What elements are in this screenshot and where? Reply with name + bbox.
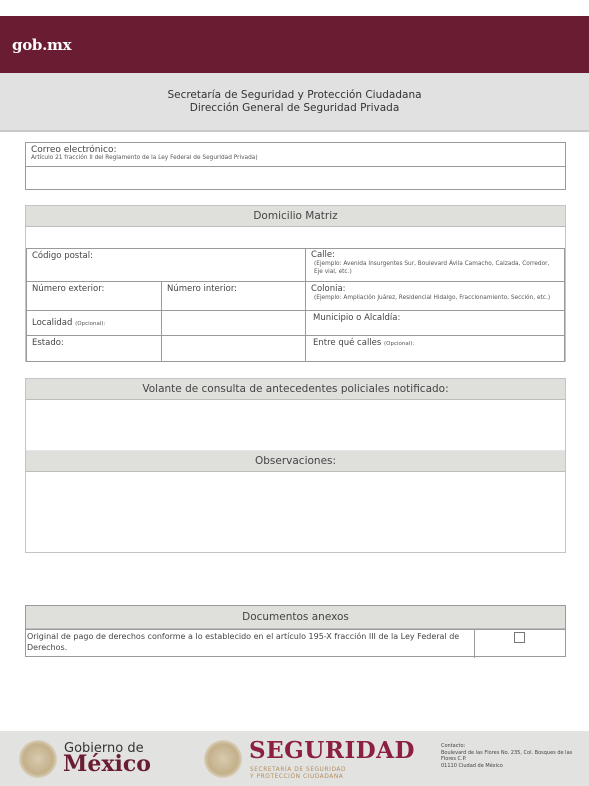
volante-field[interactable] (26, 400, 565, 450)
email-field[interactable] (26, 167, 565, 189)
volante-title: Volante de consulta de antecedentes poli… (26, 379, 565, 400)
seguridad-text: SEGURIDAD (249, 737, 415, 764)
form-content: Correo electrónico: Artículo 21 fracción… (0, 133, 589, 723)
colonia-label: Colonia: (311, 284, 346, 294)
footer: Gobierno de México SEGURIDAD SECRETARÍA … (0, 731, 589, 786)
documento-item-checkbox[interactable] (514, 632, 525, 643)
localidad-label-cell: Localidad (Opcional): (27, 311, 162, 336)
localidad-label: Localidad (32, 318, 72, 328)
colonia-field[interactable]: Colonia: (Ejemplo: Ampliación Juárez, Re… (306, 282, 565, 311)
contact-info: Contacto: Boulevard de las Flores No. 23… (441, 743, 581, 769)
domicilio-section: Domicilio Matriz Código postal: Calle: (… (25, 205, 566, 362)
volante-observaciones-section: Volante de consulta de antecedentes poli… (25, 378, 566, 553)
documento-item-check-cell (474, 630, 565, 658)
entre-calles-field[interactable]: Entre qué calles (Opcional): (306, 336, 565, 362)
localidad-field[interactable] (162, 311, 306, 336)
codigo-postal-label: Código postal: (32, 251, 93, 261)
top-spacer (0, 0, 589, 16)
seguridad-subtitle-line1: SECRETARÍA DE SEGURIDAD (250, 767, 346, 774)
email-note: Artículo 21 fracción II del Reglamento d… (26, 155, 565, 167)
domicilio-spacer (26, 227, 565, 248)
calle-example: (Ejemplo: Avenida Insurgentes Sur, Boule… (311, 260, 559, 276)
documentos-table: Original de pago de derechos conforme a … (26, 629, 565, 658)
email-section: Correo electrónico: Artículo 21 fracción… (25, 142, 566, 190)
numero-interior-field[interactable]: Número interior: (162, 282, 306, 311)
seguridad-subtitle-line2: Y PROTECCIÓN CIUDADANA (250, 774, 346, 781)
email-label: Correo electrónico: (26, 143, 565, 155)
observaciones-title: Observaciones: (26, 450, 565, 472)
mexico-text: México (63, 751, 151, 777)
calle-field[interactable]: Calle: (Ejemplo: Avenida Insurgentes Sur… (306, 249, 565, 282)
estado-field[interactable] (162, 336, 306, 362)
observaciones-field[interactable] (26, 472, 565, 552)
numero-exterior-field[interactable]: Número exterior: (27, 282, 162, 311)
entre-calles-optional: (Opcional): (384, 341, 414, 347)
localidad-optional: (Opcional): (75, 321, 105, 327)
colonia-example: (Ejemplo: Ampliación Juárez, Residencial… (311, 294, 559, 302)
documento-item-text: Original de pago de derechos conforme a … (26, 630, 474, 658)
mexico-seal-icon (19, 740, 57, 778)
top-bar: gob.mx (0, 16, 589, 73)
calle-label: Calle: (311, 250, 335, 260)
header-title-line1: Secretaría de Seguridad y Protección Ciu… (167, 89, 421, 102)
codigo-postal-field[interactable]: Código postal: (27, 249, 306, 282)
page-header: Secretaría de Seguridad y Protección Ciu… (0, 73, 589, 132)
domicilio-table: Código postal: Calle: (Ejemplo: Avenida … (26, 248, 565, 362)
header-title-line2: Dirección General de Seguridad Privada (190, 102, 400, 115)
gob-mx-logo[interactable]: gob.mx (12, 36, 71, 54)
contact-line2: 01110 Ciudad de México (441, 763, 581, 770)
numero-exterior-label: Número exterior: (32, 284, 104, 294)
estado-label: Estado: (32, 338, 64, 348)
municipio-field[interactable]: Municipio o Alcaldía: (306, 311, 565, 336)
domicilio-title: Domicilio Matriz (26, 206, 565, 227)
documentos-section: Documentos anexos Original de pago de de… (25, 605, 566, 657)
municipio-label: Municipio o Alcaldía: (313, 313, 400, 323)
documentos-title: Documentos anexos (26, 606, 565, 629)
entre-calles-label: Entre qué calles (313, 338, 381, 348)
seguridad-seal-icon (204, 740, 242, 778)
contact-line1: Boulevard de las Flores No. 235, Col. Bo… (441, 750, 581, 763)
estado-label-cell: Estado: (27, 336, 162, 362)
numero-interior-label: Número interior: (167, 284, 237, 294)
seguridad-subtitle: SECRETARÍA DE SEGURIDAD Y PROTECCIÓN CIU… (250, 767, 346, 781)
